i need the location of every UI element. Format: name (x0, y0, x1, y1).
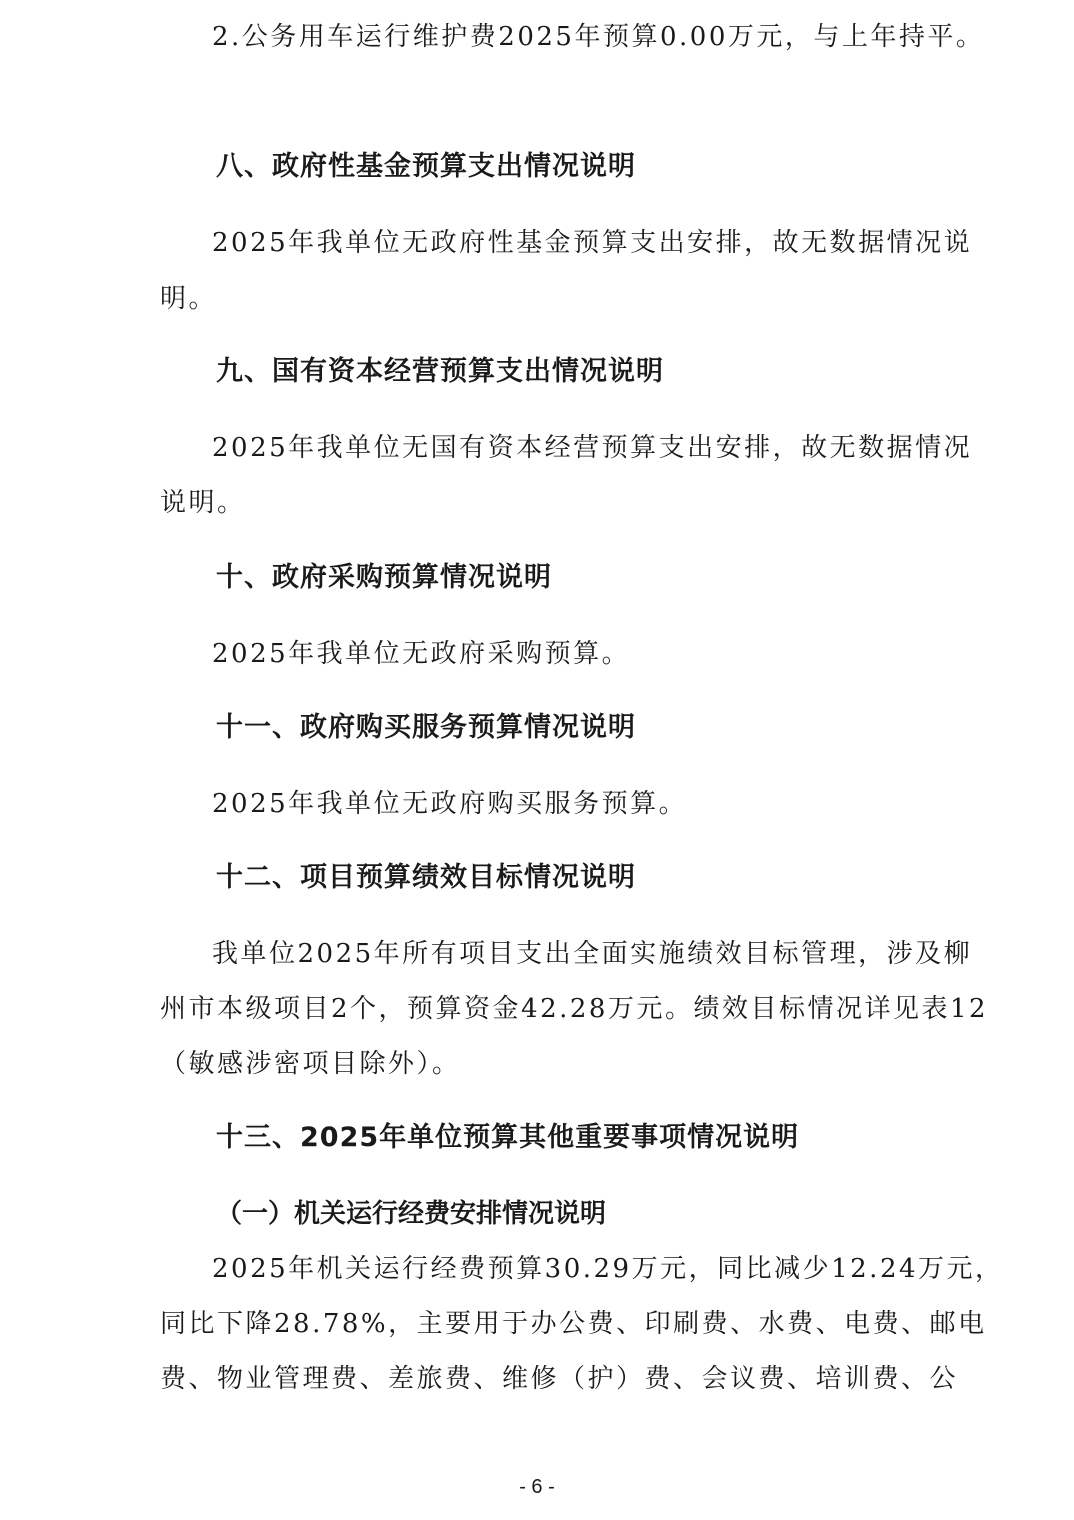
section-heading-12: 十二、项目预算绩效目标情况说明 (216, 861, 636, 895)
paragraph-gov-fund-cont: 明。 (160, 282, 217, 316)
page-number: - 6 - (0, 1476, 1074, 1499)
section-heading-9: 九、国有资本经营预算支出情况说明 (216, 355, 664, 389)
document-page: 2.公务用车运行维护费2025年预算0.00万元，与上年持平。 八、政府性基金预… (0, 0, 1074, 1520)
paragraph-performance-1: 我单位2025年所有项目支出全面实施绩效目标管理，涉及柳 (212, 937, 972, 971)
section-heading-10: 十、政府采购预算情况说明 (216, 561, 552, 595)
paragraph-purchase-services: 2025年我单位无政府购买服务预算。 (212, 787, 687, 821)
paragraph-state-capital: 2025年我单位无国有资本经营预算支出安排，故无数据情况 (212, 431, 972, 465)
paragraph-performance-2: 州市本级项目2个，预算资金42.28万元。绩效目标情况详见表12 (160, 992, 988, 1026)
paragraph-procurement: 2025年我单位无政府采购预算。 (212, 637, 630, 671)
section-heading-13: 十三、2025年单位预算其他重要事项情况说明 (216, 1121, 799, 1155)
paragraph-operating-1: 2025年机关运行经费预算30.29万元，同比减少12.24万元， (212, 1252, 1004, 1286)
paragraph-operating-2: 同比下降28.78%，主要用于办公费、印刷费、水费、电费、邮电 (160, 1307, 987, 1341)
paragraph-state-capital-cont: 说明。 (160, 486, 246, 520)
section-heading-8: 八、政府性基金预算支出情况说明 (216, 150, 636, 184)
section-heading-11: 十一、政府购买服务预算情况说明 (216, 711, 636, 745)
subsection-heading-1: （一）机关运行经费安排情况说明 (216, 1197, 606, 1231)
paragraph-operating-3: 费、物业管理费、差旅费、维修（护）费、会议费、培训费、公 (160, 1362, 958, 1396)
paragraph-vehicle-maintenance: 2.公务用车运行维护费2025年预算0.00万元，与上年持平。 (212, 20, 984, 54)
paragraph-gov-fund: 2025年我单位无政府性基金预算支出安排，故无数据情况说 (212, 226, 972, 260)
paragraph-performance-3: （敏感涉密项目除外）。 (160, 1047, 461, 1081)
